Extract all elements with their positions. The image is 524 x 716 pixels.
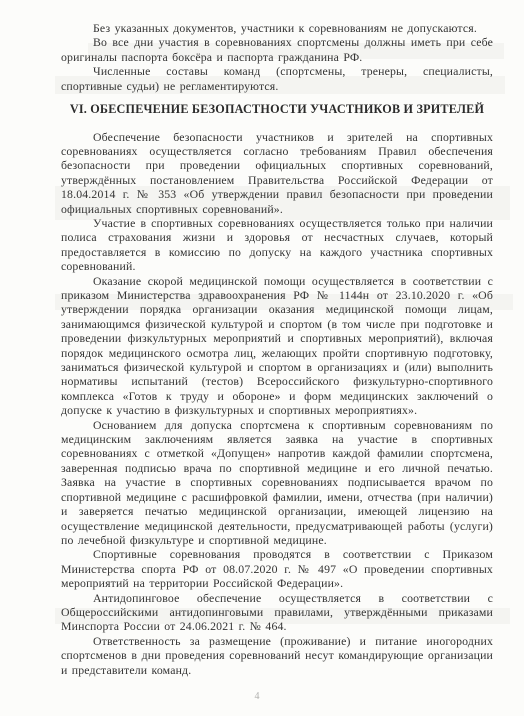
document-page: Без указанных документов, участники к со… bbox=[0, 0, 524, 716]
section-heading: VI. ОБЕСПЕЧЕНИЕ БЕЗОПАСТНОСТИ УЧАСТНИКОВ… bbox=[61, 102, 493, 117]
document-content: Без указанных документов, участники к со… bbox=[61, 21, 493, 677]
paragraph: Оказание скорой медицинской помощи осуще… bbox=[61, 274, 493, 418]
paragraph: Без указанных документов, участники к со… bbox=[61, 21, 493, 35]
paragraph: Во все дни участия в соревнованиях спорт… bbox=[61, 35, 493, 64]
page-number: 4 bbox=[0, 691, 514, 702]
paragraph: Численные составы команд (спортсмены, тр… bbox=[61, 64, 493, 93]
paragraph: Основанием для допуска спортсмена к спор… bbox=[61, 418, 493, 548]
paragraph: Ответственность за размещение (проживани… bbox=[61, 634, 493, 677]
paragraph: Антидопинговое обеспечение осуществляетс… bbox=[61, 591, 493, 634]
paragraph: Участие в спортивных соревнованиях осуще… bbox=[61, 216, 493, 274]
paragraph: Обеспечение безопасности участников и зр… bbox=[61, 130, 493, 216]
paragraph: Спортивные соревнования проводятся в соо… bbox=[61, 547, 493, 590]
